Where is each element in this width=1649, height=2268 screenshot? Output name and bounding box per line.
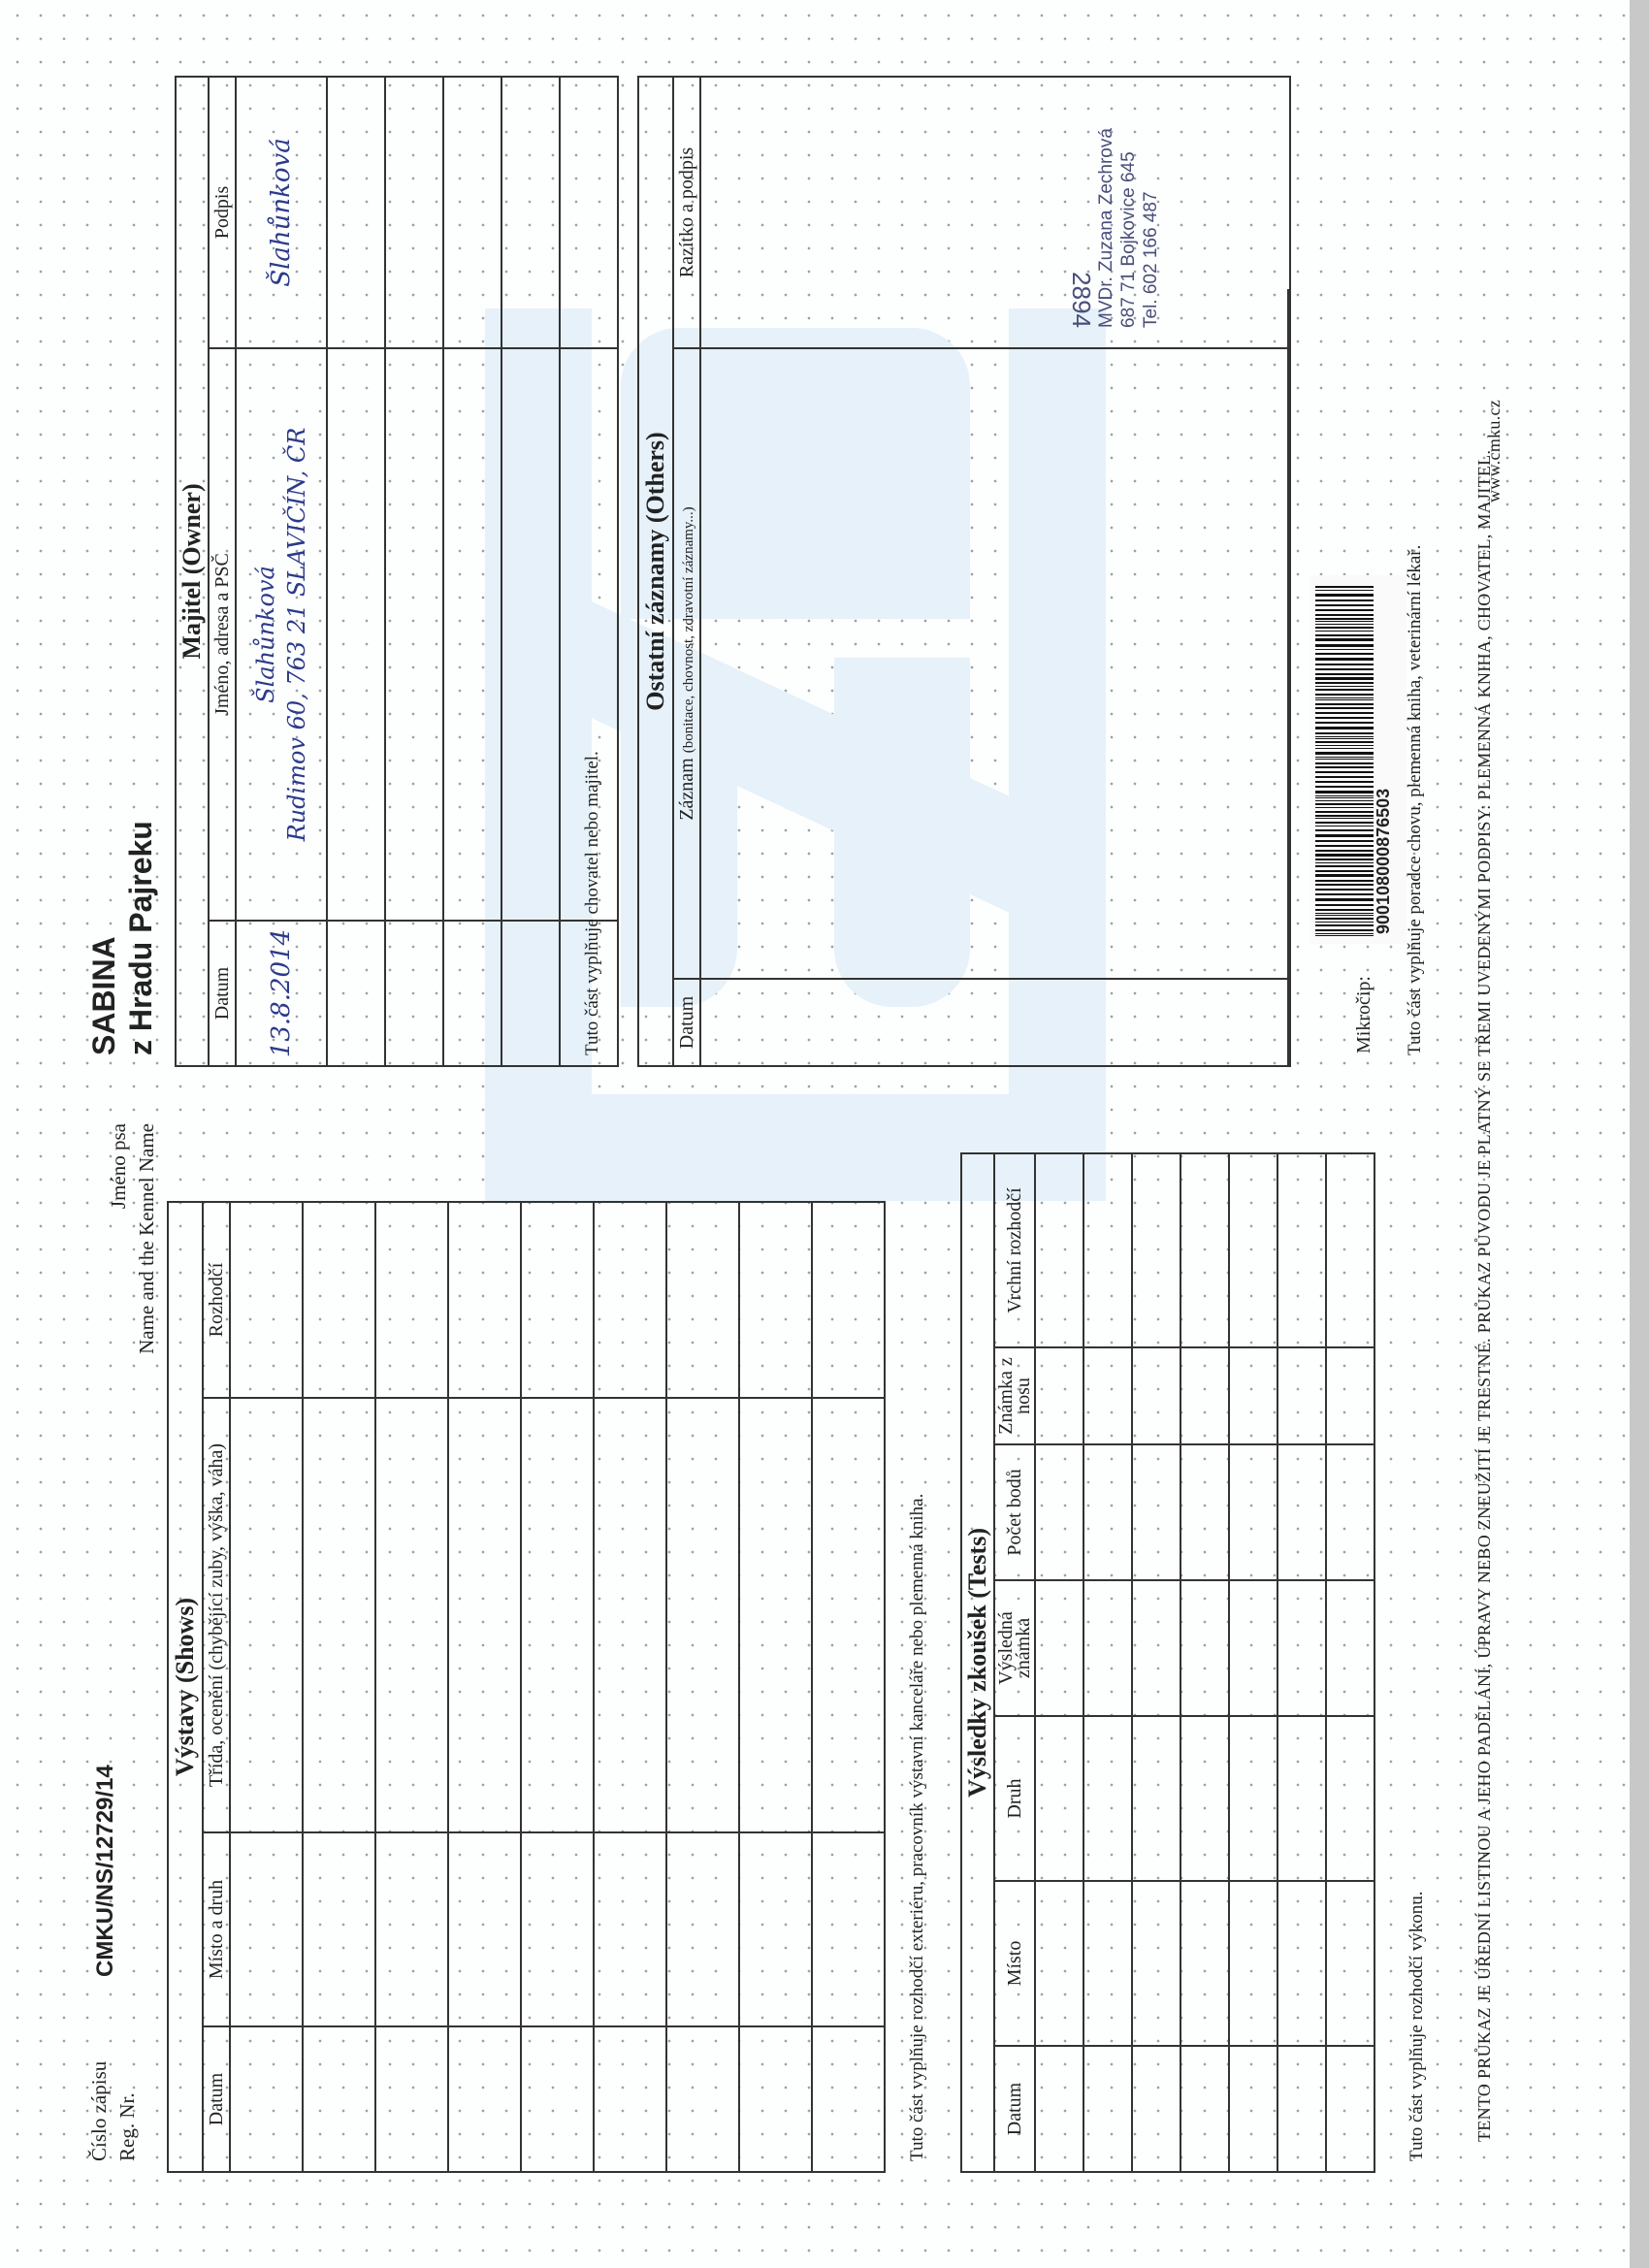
table-cell[interactable] xyxy=(303,2026,375,2172)
column-header: Třída, ocenění (chybějící zuby, výška, v… xyxy=(203,1398,230,1832)
table-cell[interactable] xyxy=(1277,1153,1326,1347)
scan-edge xyxy=(1630,0,1649,2268)
others-table: Ostatní záznamy (Others) DatumZáznam (bo… xyxy=(637,76,1291,1067)
table-cell[interactable] xyxy=(812,1398,885,1832)
table-cell[interactable] xyxy=(1035,1444,1083,1580)
shows-row xyxy=(521,1202,594,2172)
column-header: Druh xyxy=(994,1716,1035,1881)
table-cell[interactable] xyxy=(1132,1444,1180,1580)
table-cell[interactable] xyxy=(521,1202,594,1398)
tests-row xyxy=(1277,1153,1326,2172)
dog-name-line2: z Hradu Pajreku xyxy=(122,821,159,1055)
table-cell[interactable] xyxy=(230,2026,303,2172)
table-cell[interactable] xyxy=(1132,1881,1180,2046)
table-cell[interactable] xyxy=(1229,1716,1277,1881)
table-cell[interactable] xyxy=(812,1832,885,2026)
others-date-cell[interactable] xyxy=(700,979,1290,1066)
column-header: Počet bodů xyxy=(994,1444,1035,1580)
table-cell[interactable] xyxy=(1083,1347,1132,1444)
shows-row xyxy=(375,1202,448,2172)
table-cell[interactable] xyxy=(303,1202,375,1398)
microchip-label: Mikročip: xyxy=(1353,976,1375,1053)
owner-title: Majitel (Owner) xyxy=(176,77,209,1066)
table-cell[interactable] xyxy=(594,1202,666,1398)
table-cell[interactable] xyxy=(327,77,385,348)
table-cell[interactable] xyxy=(1326,2046,1374,2172)
column-header: Známka z nosu xyxy=(994,1347,1035,1444)
table-cell[interactable] xyxy=(1277,1580,1326,1716)
table-cell[interactable] xyxy=(1180,1444,1229,1580)
table-cell[interactable] xyxy=(327,348,385,921)
table-cell[interactable] xyxy=(666,1832,739,2026)
shows-row xyxy=(812,1202,885,2172)
table-cell[interactable] xyxy=(739,1202,812,1398)
table-cell[interactable] xyxy=(1083,2046,1132,2172)
column-header: Datum xyxy=(673,979,700,1066)
table-cell[interactable] xyxy=(1326,1580,1374,1716)
owner-date[interactable]: 13.8.2014 xyxy=(236,921,327,1066)
table-cell[interactable] xyxy=(1180,1716,1229,1881)
table-cell[interactable] xyxy=(1083,1153,1132,1347)
dog-name-line1: SABINA xyxy=(85,821,122,1055)
column-header: Razítko a podpis xyxy=(673,77,700,348)
shows-table: Výstavy (Shows) DatumMísto a druhTřída, … xyxy=(167,1201,886,2173)
column-header: Vrchní rozhodčí xyxy=(994,1153,1035,1347)
column-header: Rozhodčí xyxy=(203,1202,230,1398)
column-header: Záznam (bonitace, chovnost, zdravotní zá… xyxy=(673,348,700,979)
table-cell[interactable] xyxy=(1035,2046,1083,2172)
table-cell[interactable] xyxy=(1180,1881,1229,2046)
shows-row xyxy=(303,1202,375,2172)
table-cell[interactable] xyxy=(448,1202,521,1398)
shows-row xyxy=(230,1202,303,2172)
table-cell[interactable] xyxy=(448,1398,521,1832)
table-cell[interactable] xyxy=(1180,1347,1229,1444)
shows-title: Výstavy (Shows) xyxy=(168,1202,203,2172)
table-cell[interactable] xyxy=(1326,1153,1374,1347)
table-cell[interactable] xyxy=(666,1398,739,1832)
table-cell[interactable] xyxy=(443,77,501,348)
vet-stamp-line2: 687 71 Bojkovice 645 xyxy=(1117,128,1140,328)
table-cell[interactable] xyxy=(1277,2046,1326,2172)
table-cell[interactable] xyxy=(521,1398,594,1832)
table-cell[interactable] xyxy=(594,1398,666,1832)
table-cell[interactable] xyxy=(1035,1580,1083,1716)
table-cell[interactable] xyxy=(501,921,560,1066)
tests-row xyxy=(1229,1153,1277,2172)
owner-row: 13.8.2014Šlahůnková Rudimov 60, 763 21 S… xyxy=(236,77,327,1066)
table-cell[interactable] xyxy=(1035,1716,1083,1881)
table-cell[interactable] xyxy=(1277,1881,1326,2046)
table-cell[interactable] xyxy=(1132,1347,1180,1444)
table-cell[interactable] xyxy=(594,1832,666,2026)
table-cell[interactable] xyxy=(385,348,443,921)
vet-stamp-line3: Tel. 602 166 487 xyxy=(1140,128,1162,328)
tests-title: Výsledky zkoušek (Tests) xyxy=(961,1153,994,2172)
table-cell[interactable] xyxy=(1035,1153,1083,1347)
table-cell[interactable] xyxy=(1277,1716,1326,1881)
table-cell[interactable] xyxy=(448,1832,521,2026)
tests-row xyxy=(1083,1153,1132,2172)
table-cell[interactable] xyxy=(812,2026,885,2172)
table-cell[interactable] xyxy=(1326,1347,1374,1444)
table-cell[interactable] xyxy=(303,1398,375,1832)
tests-table: Výsledky zkoušek (Tests) DatumMístoDruhV… xyxy=(960,1152,1375,2173)
shows-note: Tuto část vyplňuje rozhodčí exteriéru, p… xyxy=(907,1494,928,2161)
others-record-cell[interactable] xyxy=(700,348,1290,979)
column-header: Místo xyxy=(994,1881,1035,2046)
tests-row xyxy=(1132,1153,1180,2172)
table-cell[interactable] xyxy=(1326,1881,1374,2046)
table-cell[interactable] xyxy=(1035,1881,1083,2046)
table-cell[interactable] xyxy=(1326,1716,1374,1881)
table-cell[interactable] xyxy=(230,1202,303,1398)
tests-row xyxy=(1326,1153,1374,2172)
owner-note: Tuto část vyplňuje chovatel nebo majitel… xyxy=(582,751,603,1055)
table-cell[interactable] xyxy=(739,1832,812,2026)
table-cell[interactable] xyxy=(1229,1153,1277,1347)
owner-row xyxy=(501,77,560,1066)
table-cell[interactable] xyxy=(1229,2046,1277,2172)
table-cell[interactable] xyxy=(739,2026,812,2172)
reg-number-label: Číslo zápisu Reg. Nr. xyxy=(87,2061,140,2161)
table-cell[interactable] xyxy=(385,921,443,1066)
vet-stamp-number: 2894 xyxy=(1070,272,1092,328)
tests-note: Tuto část vyplňuje rozhodčí výkonu. xyxy=(1406,1892,1428,2161)
barcode-number: 900108000876503 xyxy=(1374,575,1394,934)
owner-row xyxy=(327,77,385,1066)
table-cell[interactable] xyxy=(375,2026,448,2172)
table-cell[interactable] xyxy=(1180,1153,1229,1347)
others-title: Ostatní záznamy (Others) xyxy=(638,77,673,1066)
shows-row xyxy=(594,1202,666,2172)
table-cell[interactable] xyxy=(1229,1881,1277,2046)
vet-stamp-line1: MVDr. Zuzana Zechrová xyxy=(1095,128,1117,328)
column-header: Místo a druh xyxy=(203,1832,230,2026)
table-cell[interactable] xyxy=(375,1832,448,2026)
pedigree-back-page: Číslo zápisu Reg. Nr. CMKU/NS/12729/14 J… xyxy=(0,0,1649,2268)
table-cell[interactable] xyxy=(1277,1444,1326,1580)
column-header: Podpis xyxy=(209,77,236,348)
tests-row xyxy=(1035,1153,1083,2172)
table-cell[interactable] xyxy=(230,1398,303,1832)
others-note: Tuto část vyplňuje poradce chovu, plemen… xyxy=(1405,545,1426,1055)
table-cell[interactable] xyxy=(1083,1580,1132,1716)
others-stamp-cell[interactable]: 2894 MVDr. Zuzana Zechrová 687 71 Bojkov… xyxy=(700,77,1290,348)
table-cell[interactable] xyxy=(1035,1347,1083,1444)
table-cell[interactable] xyxy=(1180,1580,1229,1716)
owner-table: Majitel (Owner) DatumJméno, adresa a PSČ… xyxy=(175,76,619,1067)
table-cell[interactable] xyxy=(560,77,618,348)
table-cell[interactable] xyxy=(739,1398,812,1832)
table-cell[interactable] xyxy=(448,2026,521,2172)
tests-row xyxy=(1180,1153,1229,2172)
table-cell[interactable] xyxy=(230,1832,303,2026)
table-cell[interactable] xyxy=(1229,1580,1277,1716)
table-cell[interactable] xyxy=(1132,2046,1180,2172)
table-cell[interactable] xyxy=(1326,1444,1374,1580)
table-cell[interactable] xyxy=(375,1202,448,1398)
microchip-barcode: 900108000876503 xyxy=(1309,575,1406,944)
shows-row xyxy=(666,1202,739,2172)
legal-warning: TENTO PRŮKAZ JE ÚŘEDNÍ LISTINOU A JEHO P… xyxy=(1474,450,1495,2142)
table-cell[interactable] xyxy=(501,348,560,921)
column-header: Datum xyxy=(209,921,236,1066)
table-cell[interactable] xyxy=(812,1202,885,1398)
table-cell[interactable] xyxy=(443,921,501,1066)
column-header: Datum xyxy=(203,2026,230,2172)
table-cell[interactable] xyxy=(1229,1347,1277,1444)
table-cell[interactable] xyxy=(303,1832,375,2026)
name-label-cz: Jméno psa xyxy=(107,1123,131,1492)
reg-number: CMKU/NS/12729/14 xyxy=(92,1765,119,1977)
table-cell[interactable] xyxy=(1132,1153,1180,1347)
column-header: Datum xyxy=(994,2046,1035,2172)
owner-row xyxy=(443,77,501,1066)
table-cell[interactable] xyxy=(327,921,385,1066)
name-label-en: Name and the Kennel Name xyxy=(135,1123,159,1492)
column-header: Výsledná známka xyxy=(994,1580,1035,1716)
table-cell[interactable] xyxy=(501,77,560,348)
shows-row xyxy=(739,1202,812,2172)
table-cell[interactable] xyxy=(1083,1716,1132,1881)
table-cell[interactable] xyxy=(1229,1444,1277,1580)
vet-stamp: 2894 MVDr. Zuzana Zechrová 687 71 Bojkov… xyxy=(1070,128,1162,328)
table-cell[interactable] xyxy=(385,77,443,348)
table-cell[interactable] xyxy=(666,1202,739,1398)
table-cell[interactable] xyxy=(1083,1444,1132,1580)
website-link[interactable]: www.cmku.cz xyxy=(1484,400,1504,502)
owner-name-address[interactable]: Šlahůnková Rudimov 60, 763 21 SLAVIČÍN, … xyxy=(236,348,327,921)
table-cell[interactable] xyxy=(1180,2046,1229,2172)
column-header: Jméno, adresa a PSČ xyxy=(209,348,236,921)
table-cell[interactable] xyxy=(1132,1716,1180,1881)
table-cell[interactable] xyxy=(375,1398,448,1832)
table-cell[interactable] xyxy=(521,1832,594,2026)
table-cell[interactable] xyxy=(594,2026,666,2172)
reg-label-en: Reg. Nr. xyxy=(115,2061,140,2161)
table-cell[interactable] xyxy=(1132,1580,1180,1716)
table-cell[interactable] xyxy=(1083,1881,1132,2046)
table-cell[interactable] xyxy=(443,348,501,921)
table-cell[interactable] xyxy=(1277,1347,1326,1444)
table-cell[interactable] xyxy=(521,2026,594,2172)
owner-row xyxy=(385,77,443,1066)
kennel-name-label: Jméno psa Name and the Kennel Name xyxy=(107,1123,159,1492)
reg-label-cz: Číslo zápisu xyxy=(87,2061,112,2161)
shows-row xyxy=(448,1202,521,2172)
table-cell[interactable] xyxy=(666,2026,739,2172)
dog-name: SABINA z Hradu Pajreku xyxy=(85,821,159,1055)
owner-signature[interactable]: Šlahůnková xyxy=(236,77,327,348)
